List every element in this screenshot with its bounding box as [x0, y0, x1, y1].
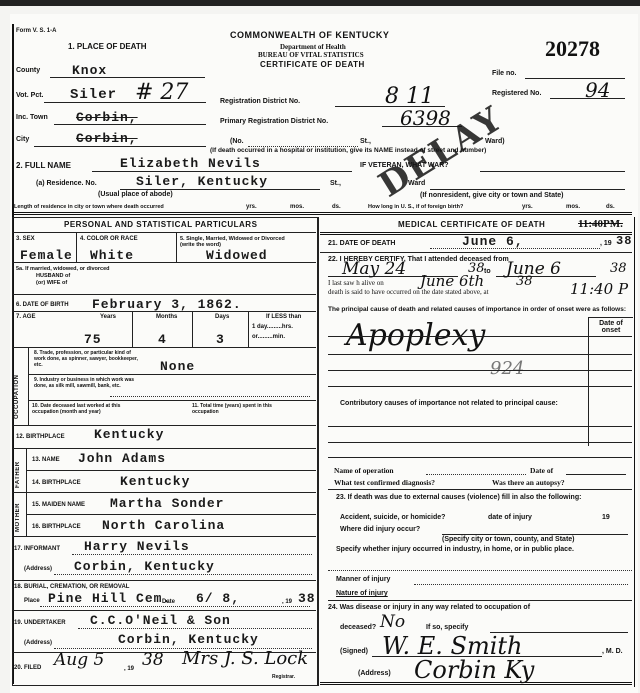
county-label: County — [16, 67, 40, 74]
color-label: 4. COLOR OR RACE — [80, 236, 138, 242]
less-than-label: If LESS than — [266, 314, 301, 320]
vot-pct-number: # 27 — [135, 80, 188, 105]
burial-label: 18. BURIAL, CREMATION, OR REMOVAL — [14, 584, 129, 590]
mother-birthplace-value: North Carolina — [102, 518, 225, 533]
death-certificate: Form V. S. 1-A 1. PLACE OF DEATH COMMONW… — [10, 14, 638, 693]
file-number-stamp: 20278 — [545, 36, 600, 62]
filed-year-value: 38 — [142, 650, 164, 670]
industry-dotted-line — [328, 570, 632, 571]
contributory-line — [328, 426, 632, 427]
age-divider — [132, 311, 133, 347]
last-saw-label: I last saw h alive on — [328, 279, 384, 287]
foreign-birth-label: How long in U. S., if of foreign birth? — [368, 204, 463, 210]
registrar-label: Registrar. — [272, 674, 295, 680]
date-of-death-value: June 6, — [462, 234, 524, 249]
years-label: Years — [100, 314, 116, 320]
length-yrs: yrs. — [246, 204, 257, 210]
manner-line — [414, 584, 628, 585]
total-time-label: 11. Total time (years) spent in this occ… — [192, 403, 272, 415]
row-rule — [12, 311, 316, 312]
row-rule — [12, 610, 316, 611]
cause-line — [328, 336, 632, 337]
last-saw-year: 38 — [516, 274, 533, 289]
residence-value: Siler, Kentucky — [136, 174, 268, 189]
specify-place-note: (Specify city or town, county, and State… — [442, 536, 575, 543]
attended-to-year: 38 — [610, 261, 627, 276]
row-rule — [12, 536, 316, 537]
form-number: Form V. S. 1-A — [16, 28, 56, 34]
burial-year-value: 38 — [298, 591, 316, 606]
inc-town-value: Corbin, — [76, 110, 138, 125]
autopsy-label: Was there an autopsy? — [492, 478, 565, 487]
spouse-label-3: (or) WIFE of — [36, 280, 67, 286]
cause-line — [328, 370, 632, 371]
contributory-line — [328, 457, 632, 458]
row-rule — [320, 252, 632, 253]
operation-label: Name of operation — [334, 466, 394, 475]
if-so-label: If so, specify — [426, 624, 468, 631]
months-label: Months — [156, 314, 177, 320]
age-divider — [248, 311, 249, 347]
medical-section-title: MEDICAL CERTIFICATE OF DEATH — [398, 220, 545, 229]
veteran-line — [480, 171, 625, 172]
length-residence-label: Length of residence in city or town wher… — [14, 204, 164, 210]
registration-district-label: Registration District No. — [220, 98, 300, 105]
injury-date-label: date of injury — [488, 514, 532, 521]
city-line — [34, 146, 206, 147]
dob-value: February 3, 1862. — [92, 297, 242, 312]
vot-pct-value: Siler — [70, 87, 117, 103]
row-rule — [28, 374, 316, 375]
informant-label: 17. INFORMANT — [14, 546, 60, 552]
inc-town-label: Inc. Town — [16, 114, 48, 121]
city-label: City — [16, 136, 29, 143]
father-name-label: 13. NAME — [32, 457, 60, 463]
last-worked-label: 10. Date deceased last worked at this oc… — [32, 403, 142, 415]
date-of-death-label: 21. DATE OF DEATH — [328, 240, 395, 247]
birthplace-label: 12. BIRTHPLACE — [16, 434, 65, 440]
full-name-value: Elizabeth Nevils — [120, 156, 261, 171]
bottom-rule — [320, 682, 632, 685]
foreign-yrs: yrs. — [522, 204, 533, 210]
certificate-title: CERTIFICATE OF DEATH — [260, 60, 365, 69]
trade-label: 8. Trade, profession, or particular kind… — [34, 350, 144, 368]
residence-label: (a) Residence. No. — [36, 180, 97, 187]
informant-address-value: Corbin, Kentucky — [74, 559, 215, 574]
father-side-label: FATHER — [15, 454, 21, 488]
contributory-line — [328, 442, 632, 443]
trade-value: None — [160, 359, 195, 374]
row-rule — [328, 489, 632, 490]
dod-year-prefix: , 19 — [600, 240, 612, 247]
manner-label: Manner of injury — [336, 576, 390, 583]
undertaker-line — [78, 628, 312, 629]
attended-from-value: May 24 — [342, 259, 406, 279]
spouse-label-2: HUSBAND of — [36, 273, 70, 279]
physician-address-value: Corbin Ky — [414, 656, 534, 684]
spouse-label-1: 5a. If married, widowed, or divorced — [16, 266, 110, 272]
to-label: to — [484, 268, 491, 275]
informant-address-line — [54, 574, 312, 575]
operation-date-line — [566, 474, 626, 475]
foreign-mos: mos. — [566, 204, 580, 210]
signed-label: (Signed) — [340, 648, 368, 655]
row-rule — [26, 470, 316, 471]
age-months-value: 4 — [158, 332, 167, 347]
row-rule — [12, 580, 316, 581]
right-border — [634, 217, 635, 687]
cause-code: 924 — [490, 358, 524, 379]
occupation-side-divider — [28, 347, 29, 425]
row-rule — [28, 400, 316, 401]
row-rule — [12, 262, 316, 263]
mother-birthplace-label: 16. BIRTHPLACE — [32, 524, 81, 530]
burial-year-prefix: , 19 — [282, 599, 292, 605]
full-name-line — [92, 171, 352, 172]
residence-line — [120, 189, 320, 190]
filed-label: 20. FILED — [14, 665, 41, 671]
registrar-signature: Mrs J. S. Lock — [182, 648, 308, 669]
informant-address-label: (Address) — [24, 566, 52, 572]
age-divider — [192, 311, 193, 347]
contributory-label: Contributory causes of importance not re… — [340, 400, 558, 407]
personal-section-title: PERSONAL AND STATISTICAL PARTICULARS — [64, 220, 257, 229]
age-days-value: 3 — [216, 332, 225, 347]
file-no-label: File no. — [492, 70, 517, 77]
mother-side-label: MOTHER — [15, 496, 21, 532]
attended-to-value: June 6 — [506, 259, 561, 279]
informant-value: Harry Nevils — [84, 539, 190, 554]
length-mos: mos. — [290, 204, 304, 210]
sex-value: Female — [20, 248, 73, 263]
sex-col-divider — [76, 232, 77, 262]
father-birthplace-label: 14. BIRTHPLACE — [32, 480, 81, 486]
row-rule — [12, 294, 316, 295]
test-label: What test confirmed diagnosis? — [334, 478, 435, 487]
nonresident-note: (If nonresident, give city or town and S… — [420, 192, 564, 199]
bureau-name: BUREAU OF VITAL STATISTICS — [258, 51, 364, 59]
mother-maiden-value: Martha Sonder — [110, 496, 224, 511]
scan-top-edge — [0, 0, 640, 6]
row-rule — [328, 600, 632, 601]
personal-title-rule — [12, 232, 316, 233]
marital-value: Widowed — [206, 248, 268, 263]
section-divider — [12, 212, 632, 215]
deceased-label: deceased? — [340, 624, 376, 631]
occupation-related-value: No — [380, 612, 405, 632]
department-name: Department of Health — [280, 43, 346, 51]
primary-registration-label: Primary Registration District No. — [220, 118, 328, 125]
cause-line — [328, 354, 632, 355]
cause-line — [328, 386, 632, 387]
burial-line — [40, 606, 310, 607]
father-birthplace-value: Kentucky — [120, 474, 190, 489]
filed-date-value: Aug 5 — [54, 650, 104, 670]
burial-date-label: Date — [162, 599, 175, 605]
physician-address-label: (Address) — [358, 670, 391, 677]
row-rule — [12, 448, 316, 449]
usual-place-note: (Usual place of abode) — [98, 191, 173, 198]
city-value: Corbin, — [76, 131, 138, 146]
county-value: Knox — [72, 63, 107, 78]
row-rule — [12, 425, 316, 426]
row-rule — [26, 514, 316, 515]
operation-date-label: Date of — [530, 466, 553, 475]
where-injury-label: Where did injury occur? — [340, 526, 420, 533]
dob-label: 6. DATE OF BIRTH — [16, 302, 69, 308]
row-rule — [12, 492, 316, 493]
burial-date-value: 6/ 8, — [196, 591, 240, 606]
injury-year-prefix: 19 — [602, 514, 610, 521]
date-of-onset-label: Date of onset — [596, 320, 626, 334]
birthplace-value: Kentucky — [94, 427, 164, 442]
father-name-value: John Adams — [78, 451, 166, 466]
day-hrs-label: 1 day.........hrs. — [252, 324, 293, 330]
accident-label: Accident, suicide, or homicide? — [340, 514, 445, 521]
occupation-side-label: OCCUPATION — [14, 359, 20, 419]
age-label: 7. AGE — [16, 314, 35, 320]
vot-pct-label: Vot. Pct. — [16, 92, 43, 99]
foreign-ds: ds. — [606, 204, 615, 210]
burial-place-label: Place — [24, 598, 40, 604]
burial-place-value: Pine Hill Cem. — [48, 591, 171, 606]
registered-no-label: Registered No. — [492, 90, 541, 97]
undertaker-address-label: (Address) — [24, 640, 52, 646]
death-time-value: 11:40 P — [570, 280, 628, 298]
nature-label: Nature of injury — [336, 590, 388, 597]
address-no-label: (No. — [230, 138, 244, 145]
time-stamp: 11:40PM. — [578, 218, 623, 230]
commonwealth-title: COMMONWEALTH OF KENTUCKY — [230, 30, 389, 40]
race-col-divider — [176, 232, 177, 262]
residence-street-label: St., — [330, 180, 341, 187]
registered-no-value: 94 — [585, 78, 610, 102]
marital-label: 5. Single, Married, Widowed or Divorced … — [180, 236, 300, 248]
dod-year-value: 38 — [616, 234, 632, 248]
mother-maiden-label: 15. MAIDEN NAME — [32, 502, 85, 508]
full-name-label: 2. FULL NAME — [16, 161, 71, 170]
days-label: Days — [215, 314, 229, 320]
filed-year-prefix: , 19 — [124, 666, 134, 672]
external-label: 23. If death was due to external causes … — [336, 494, 626, 501]
or-min-label: or.........min. — [252, 334, 285, 340]
row-rule — [12, 347, 316, 348]
sex-label: 3. SEX — [16, 236, 35, 242]
industry-line — [110, 396, 310, 397]
md-label: , M. D. — [602, 648, 623, 655]
street-label: St., — [360, 138, 371, 145]
undertaker-address-value: Corbin, Kentucky — [118, 632, 259, 647]
industry-label: 9. Industry or business in which work wa… — [34, 377, 144, 389]
occupation-related-label: 24. Was disease or injury in any way rel… — [328, 604, 530, 611]
undertaker-label: 19. UNDERTAKER — [14, 620, 66, 626]
operation-line — [426, 474, 526, 475]
place-of-death-heading: 1. PLACE OF DEATH — [68, 42, 147, 51]
age-years-value: 75 — [84, 332, 102, 347]
length-ds: ds. — [332, 204, 341, 210]
specify-industry-label: Specify whether injury occurred in indus… — [336, 546, 631, 553]
residence-ward-line — [430, 189, 625, 190]
informant-line — [72, 554, 312, 555]
color-value: White — [90, 248, 134, 263]
undertaker-value: C.C.O'Neil & Son — [90, 613, 231, 628]
where-injury-line — [442, 534, 628, 535]
principal-cause-label: The principal cause of death and related… — [328, 306, 628, 313]
